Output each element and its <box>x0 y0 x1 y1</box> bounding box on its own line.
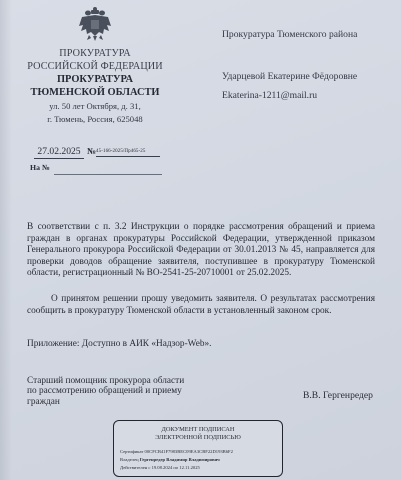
stamp-title: ДОКУМЕНТ ПОДПИСАН ЭЛЕКТРОННОЙ ПОДПИСЬЮ <box>114 426 282 442</box>
stamp-owner: Владелец Гергенредер Владимир Владимиров… <box>120 456 233 464</box>
org-name-federal: ПРОКУРАТУРА РОССИЙСКОЙ ФЕДЕРАЦИИ <box>20 47 170 73</box>
body-paragraph-1: В соответствии с п. 3.2 Инструкции о пор… <box>27 222 375 280</box>
recipient-org: Прокуратура Тюменского района <box>222 30 372 41</box>
org-name-regional: ПРОКУРАТУРА ТЮМЕНСКОЙ ОБЛАСТИ <box>20 73 170 99</box>
page-edge-shadow <box>0 0 12 480</box>
signer-position: Старший помощник прокурора области по ра… <box>27 376 227 407</box>
electronic-signature-stamp: ДОКУМЕНТ ПОДПИСАН ЭЛЕКТРОННОЙ ПОДПИСЬЮ С… <box>113 420 283 477</box>
attachment-note: Приложение: Доступно в АИК «Надзор-Web». <box>27 339 211 349</box>
reply-to-label: На № <box>30 163 50 172</box>
stamp-details: Сертификат 00CFCB41F7983BEC09EA3CBF22D19… <box>120 448 233 472</box>
stamp-validity: Действителен с 19.08.2024 по 12.11.2025 <box>120 464 233 472</box>
stamp-certificate: Сертификат 00CFCB41F7983BEC09EA3CBF22D19… <box>120 448 233 456</box>
org-address: ул. 50 лет Октября, д. 31, г. Тюмень, Ро… <box>20 100 170 126</box>
recipient-email: Ekaterina-1211@mail.ru <box>222 91 317 102</box>
coat-of-arms-icon <box>78 6 112 42</box>
number-label: № <box>87 146 96 156</box>
recipient-name: Ударцевой Екатерине Фёдоровне <box>222 72 357 83</box>
body-paragraph-2: О принятом решении прошу уведомить заяви… <box>27 294 375 317</box>
signer-name: В.В. Гергенредер <box>303 390 373 401</box>
reply-to-line <box>54 174 162 175</box>
document-date: 27.02.2025 <box>34 146 84 159</box>
document-number: 45-166-2025/Пр465-25 <box>96 149 160 157</box>
